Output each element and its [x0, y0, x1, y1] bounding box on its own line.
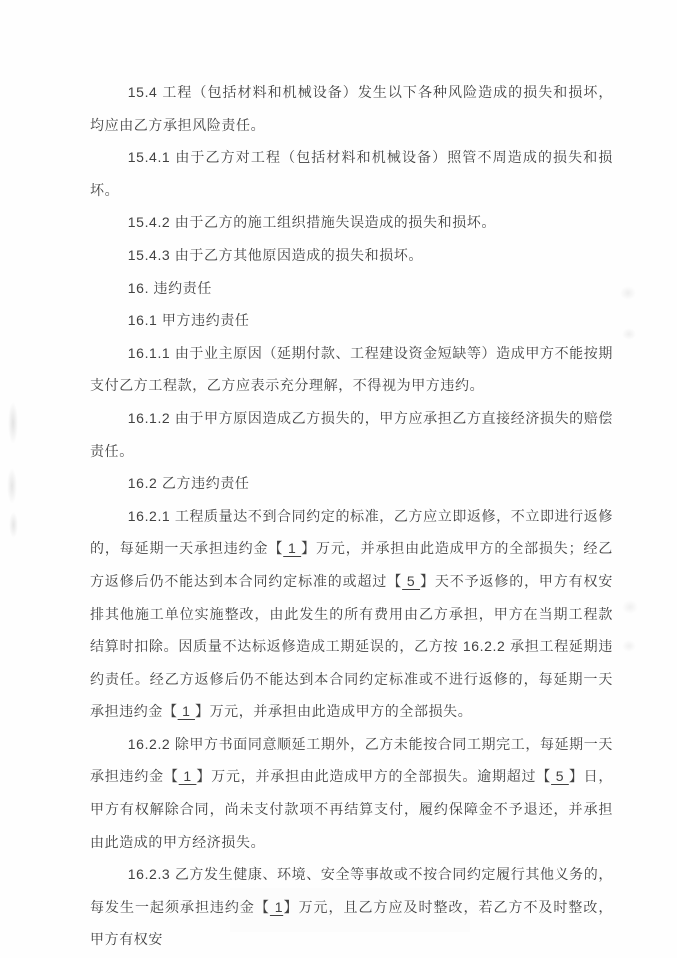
paragraph-16-1-2: 16.1.2 由于甲方原因造成乙方损失的，甲方应承担乙方直接经济损失的赔偿责任。: [90, 402, 613, 467]
document-body: 15.4 工程（包括材料和机械设备）发生以下各种风险造成的损失和损坏，均应由乙方…: [90, 76, 613, 956]
paragraph-16: 16. 违约责任: [90, 272, 613, 305]
paragraph-text: 15.4.1 由于乙方对工程（包括材料和机械设备）照管不周造成的损失和损坏。: [90, 149, 613, 198]
paragraph-text: 16.1 甲方违约责任: [128, 312, 250, 328]
paragraph-text: 16. 违约责任: [128, 280, 212, 296]
fill-in-value: 1: [270, 899, 283, 915]
fill-in-value: 1: [283, 540, 301, 556]
scan-artifact: [622, 328, 636, 340]
fill-in-value: 1: [179, 768, 197, 784]
paragraph-text: 15.4.2 由于乙方的施工组织措施失误造成的损失和损坏。: [128, 214, 496, 230]
paragraph-text: 】万元，并承担由此造成甲方的全部损失。: [195, 703, 472, 719]
paragraph-16-2: 16.2 乙方违约责任: [90, 467, 613, 500]
scan-artifact: [9, 512, 18, 538]
scan-artifact: [620, 286, 636, 300]
paragraph-text: 】万元，并承担由此造成甲方的全部损失。逾期超过【: [196, 768, 551, 784]
paragraph-15-4: 15.4 工程（包括材料和机械设备）发生以下各种风险造成的损失和损坏，均应由乙方…: [90, 76, 613, 141]
scanned-contract-page: 15.4 工程（包括材料和机械设备）发生以下各种风险造成的损失和损坏，均应由乙方…: [0, 0, 677, 958]
paragraph-15-4-3: 15.4.3 由于乙方其他原因造成的损失和损坏。: [90, 239, 613, 272]
paragraph-text: 15.4.3 由于乙方其他原因造成的损失和损坏。: [128, 247, 423, 263]
paragraph-15-4-2: 15.4.2 由于乙方的施工组织措施失误造成的损失和损坏。: [90, 206, 613, 239]
fill-in-value: 1: [178, 703, 195, 719]
scan-artifact: [7, 468, 17, 504]
paragraph-text: 16.1.2 由于甲方原因造成乙方损失的，甲方应承担乙方直接经济损失的赔偿责任。: [90, 410, 613, 459]
paragraph-text: 16.2 乙方违约责任: [128, 475, 250, 491]
paragraph-16-2-3: 16.2.3 乙方发生健康、环境、安全等事故或不按合同约定履行其他义务的，每发生…: [90, 858, 613, 956]
scan-artifact: [8, 402, 18, 444]
paragraph-text: 16.1.1 由于业主原因（延期付款、工程建设资金短缺等）造成甲方不能按期支付乙…: [90, 345, 613, 394]
paragraph-text: 】天不予返修的，甲方有权安排其他施工单位实施整改，由此发生的所有费用由乙方承担，…: [90, 573, 613, 719]
paragraph-16-1-1: 16.1.1 由于业主原因（延期付款、工程建设资金短缺等）造成甲方不能按期支付乙…: [90, 337, 613, 402]
paragraph-16-1: 16.1 甲方违约责任: [90, 304, 613, 337]
fill-in-value: 5: [551, 768, 569, 784]
paragraph-15-4-1: 15.4.1 由于乙方对工程（包括材料和机械设备）照管不周造成的损失和损坏。: [90, 141, 613, 206]
scan-artifact: [622, 600, 638, 614]
paragraph-16-2-2: 16.2.2 除甲方书面同意顺延工期外，乙方未能按合同工期完工，每延期一天承担违…: [90, 728, 613, 858]
paragraph-text: 15.4 工程（包括材料和机械设备）发生以下各种风险造成的损失和损坏，均应由乙方…: [90, 84, 613, 133]
scan-artifact: [622, 640, 636, 652]
paragraph-16-2-1: 16.2.1 工程质量达不到合同约定的标准，乙方应立即返修，不立即进行返修的，每…: [90, 500, 613, 728]
fill-in-value: 5: [402, 573, 420, 589]
